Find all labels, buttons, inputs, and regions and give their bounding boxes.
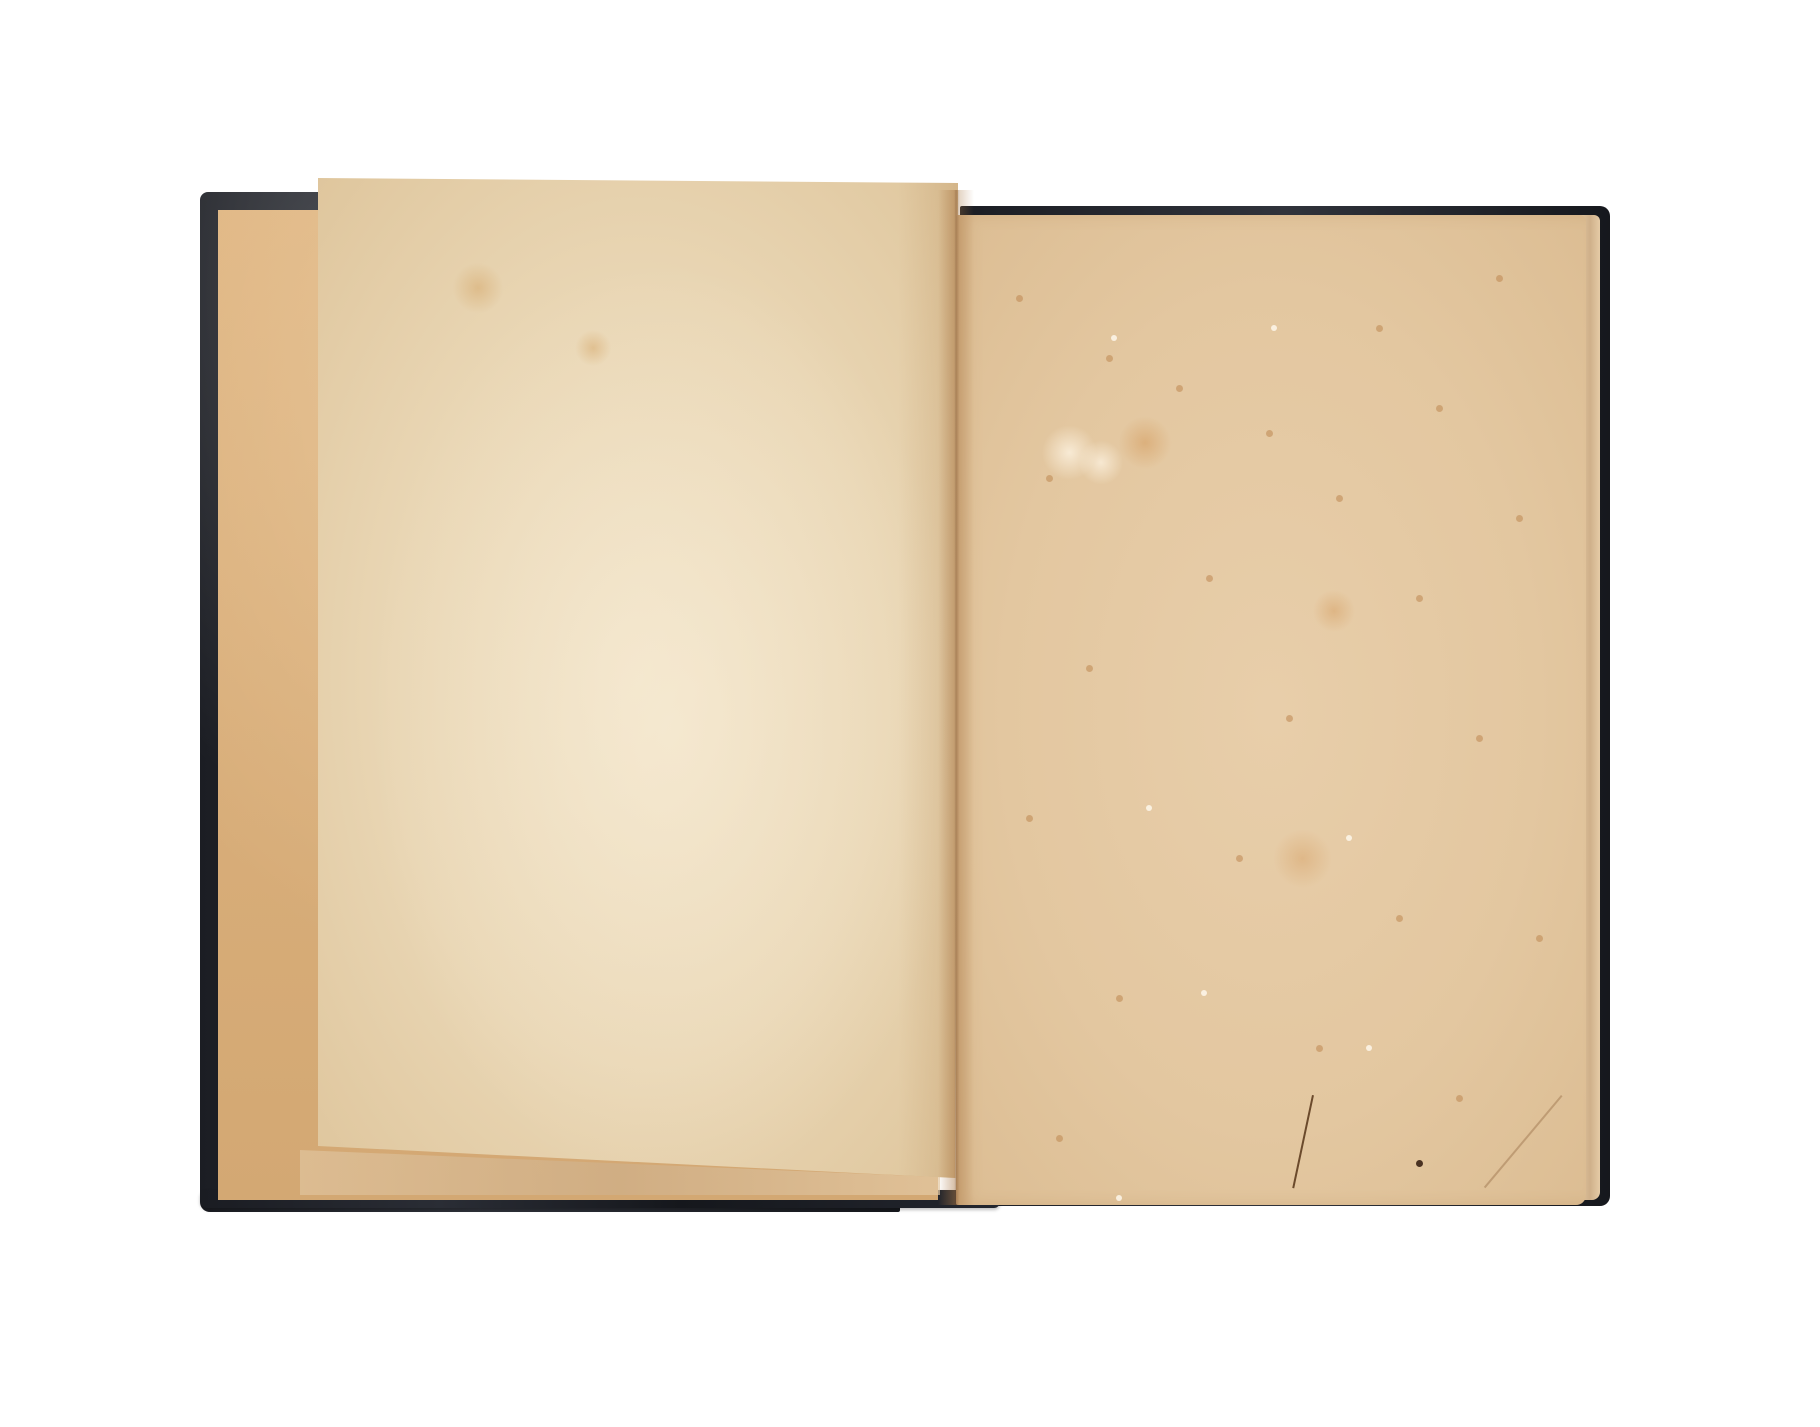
foxing-spot <box>1316 1045 1323 1052</box>
foxing-spot <box>1106 355 1113 362</box>
foxing-spot <box>1456 1095 1463 1102</box>
corner-crease <box>1484 1095 1563 1188</box>
left-page <box>318 178 958 1178</box>
bleach-spot <box>1116 1195 1122 1201</box>
foxing-spot <box>1176 385 1183 392</box>
foxing-spot <box>1056 1135 1063 1142</box>
foxing-spot <box>1336 495 1343 502</box>
foxing-spot <box>1496 275 1503 282</box>
foxing-spot <box>1396 915 1403 922</box>
foxing-spot <box>1026 815 1033 822</box>
bleach-spot <box>1201 990 1207 996</box>
foxing-spot <box>1516 515 1523 522</box>
foxing-spot <box>1416 1160 1423 1167</box>
bleach-spot <box>1366 1045 1372 1051</box>
foxing-spot <box>1236 855 1243 862</box>
foxing-spot <box>1436 405 1443 412</box>
bleach-spot <box>1271 325 1277 331</box>
foxing-spot <box>1286 715 1293 722</box>
foxing-spot <box>1266 430 1273 437</box>
bleach-spot <box>1146 805 1152 811</box>
foxing-spot <box>1016 295 1023 302</box>
page-tear <box>1292 1095 1314 1188</box>
bleach-spot <box>1111 335 1117 341</box>
photo-scene <box>0 0 1820 1427</box>
foxing-spot <box>1416 595 1423 602</box>
right-page <box>956 215 1586 1205</box>
foxing-spot <box>1116 995 1123 1002</box>
foxing-spot <box>1046 475 1053 482</box>
foxing-spot <box>1536 935 1543 942</box>
foxing-spot <box>1206 575 1213 582</box>
foxing-spot <box>1086 665 1093 672</box>
book-gutter <box>938 190 974 1205</box>
bleach-spot <box>1346 835 1352 841</box>
foxing-spot <box>1376 325 1383 332</box>
foxing-spot <box>1476 735 1483 742</box>
